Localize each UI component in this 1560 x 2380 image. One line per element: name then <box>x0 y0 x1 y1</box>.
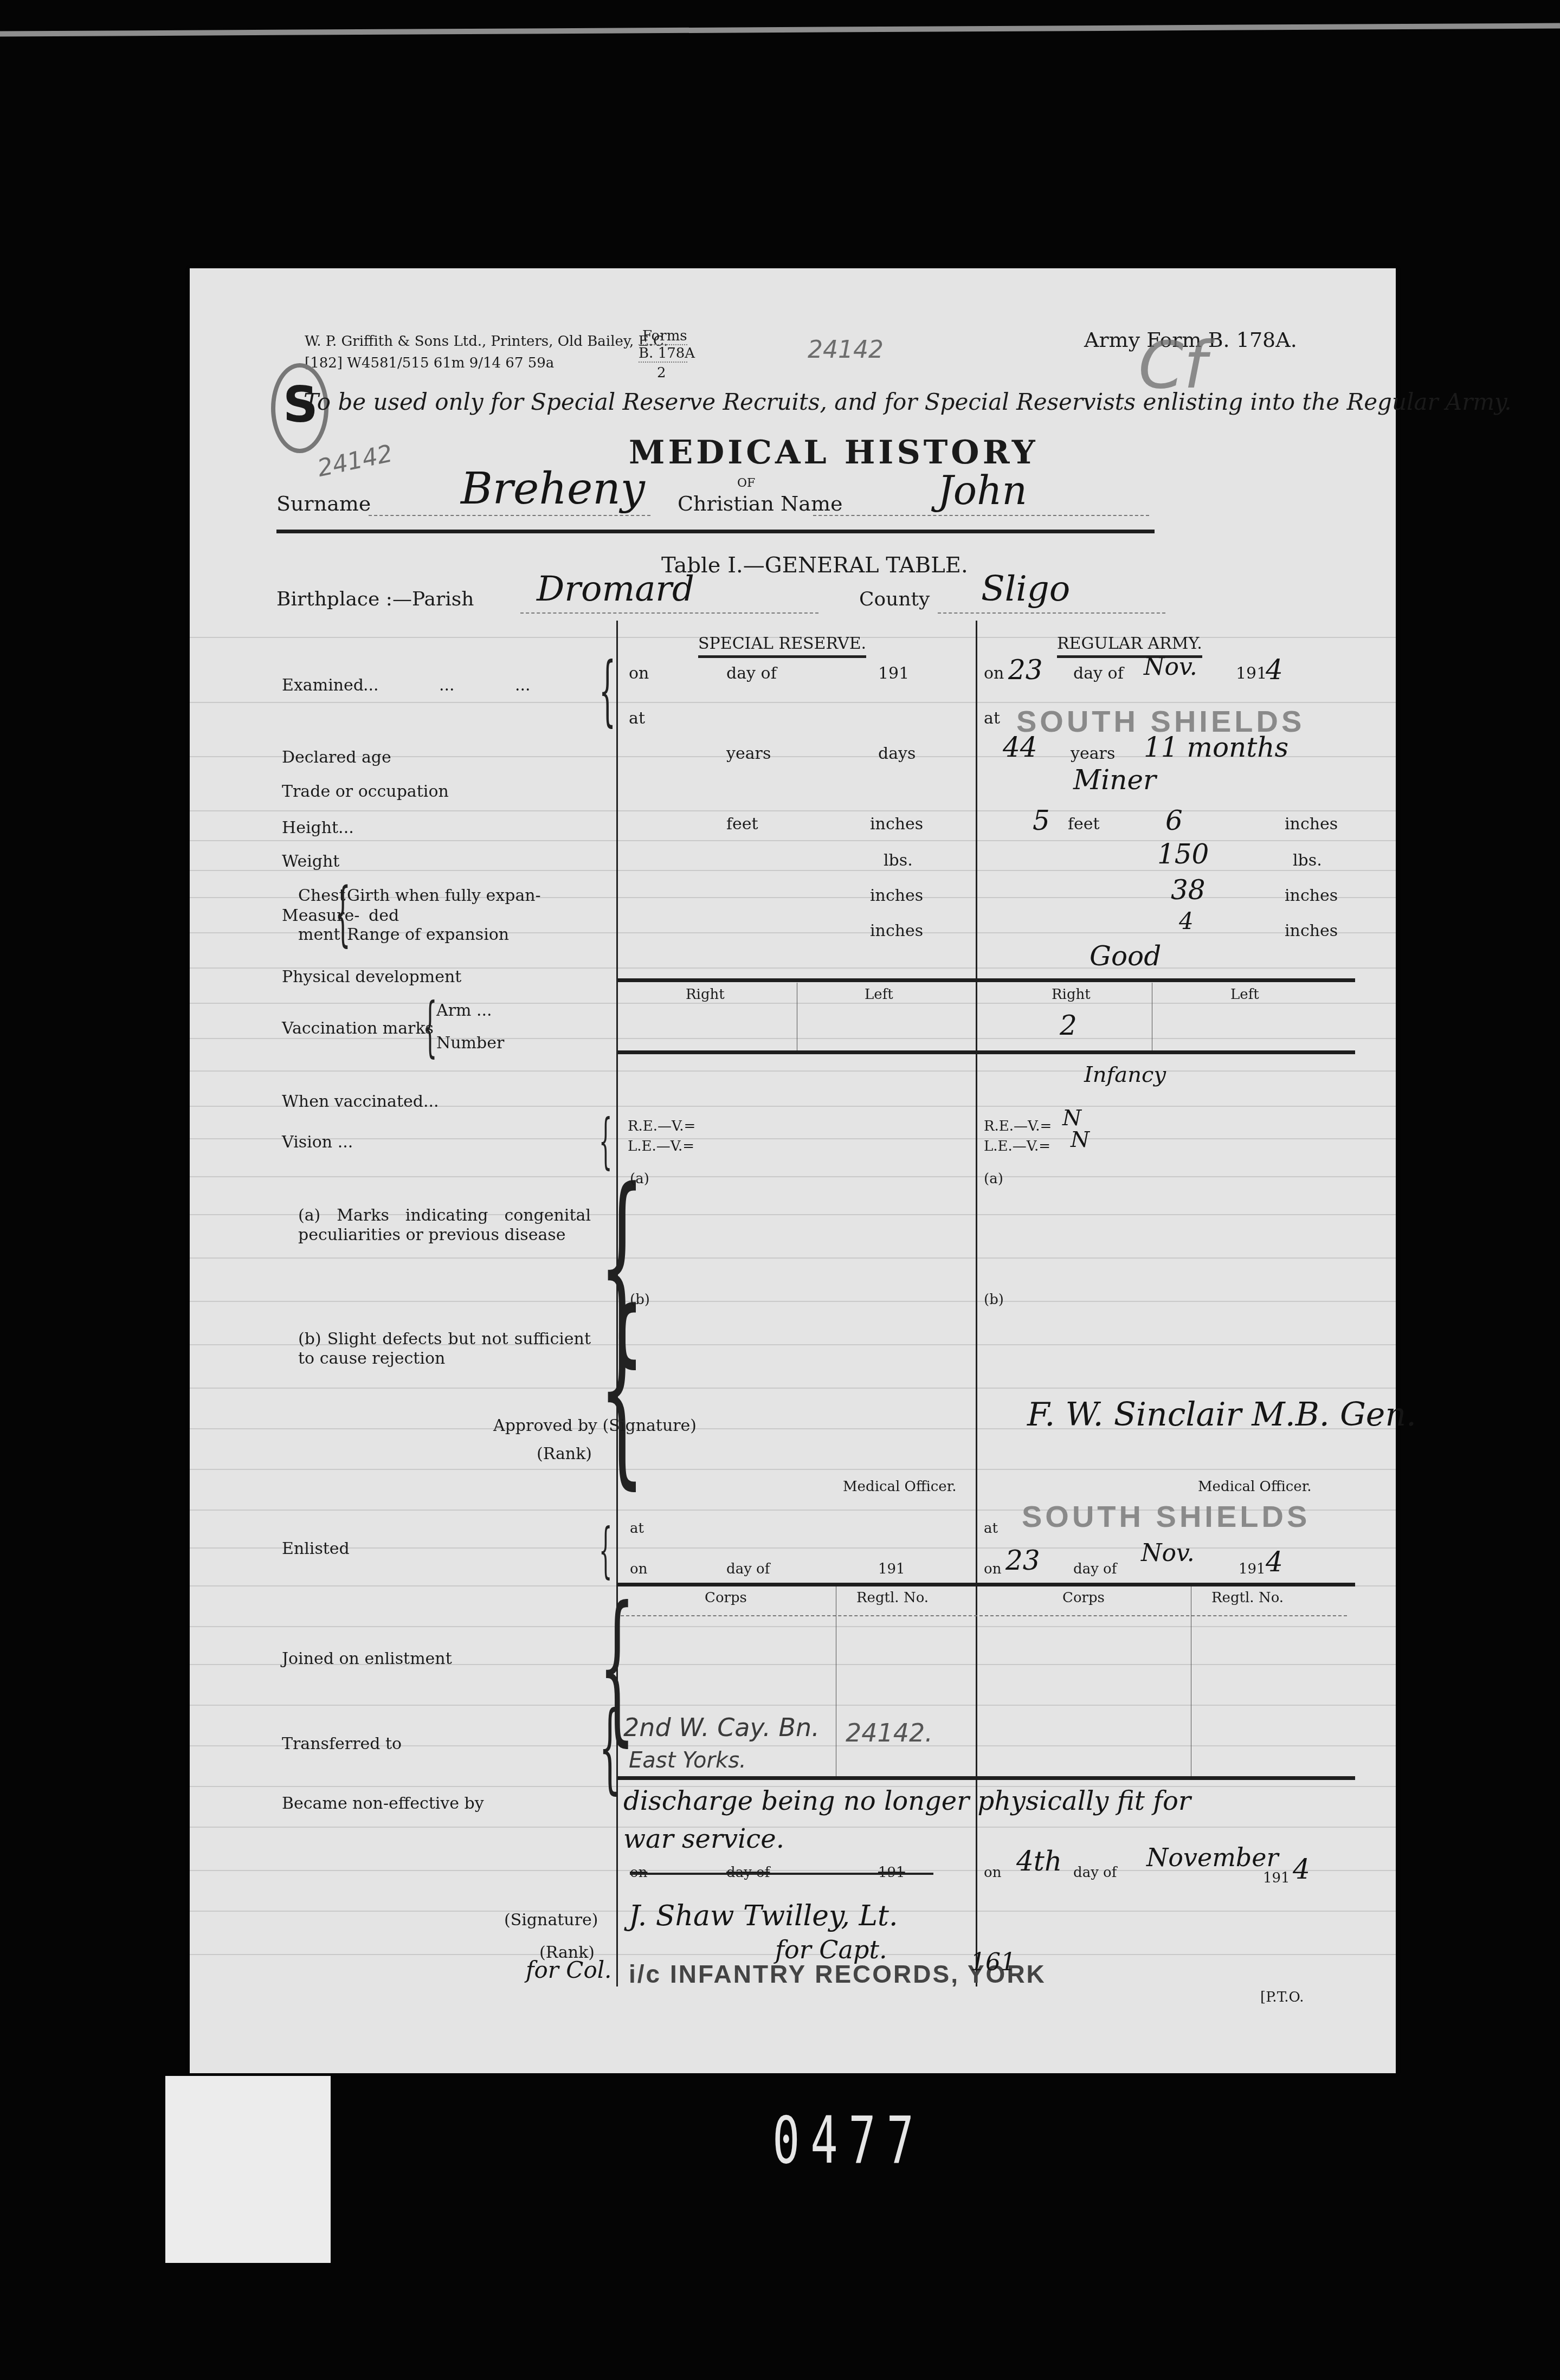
ra-chest-range-unit: inches <box>1285 921 1338 940</box>
chest-girth-label-2: ded <box>369 906 399 925</box>
ra-medical-officer-label: Medical Officer. <box>1198 1479 1312 1495</box>
sr-marks-a: (a) <box>630 1171 649 1187</box>
leader-dots: ... <box>363 676 379 695</box>
sr-regtl-no-header: Regtl. No. <box>856 1590 929 1606</box>
sr-age-days: days <box>878 744 916 763</box>
row-label-weight: Weight <box>282 852 339 871</box>
sr-examined-on: on <box>629 664 649 683</box>
row-label-enlisted: Enlisted <box>282 1539 350 1558</box>
sr-height-feet: feet <box>726 815 758 834</box>
sr-chest-range-unit: inches <box>870 921 923 940</box>
instruction-line: To be used only for Special Reserve Recr… <box>304 389 1512 415</box>
row-label-declared-age: Declared age <box>282 748 391 767</box>
row-label-when-vaccinated: When vaccinated... <box>282 1092 439 1111</box>
row-label-examined: Examined <box>282 676 364 695</box>
ra-vacc-left: Left <box>1230 986 1259 1003</box>
film-edge <box>0 23 1560 36</box>
of-label: OF <box>737 476 755 490</box>
row-label-marks-b: (b) Slight defects but not sufficient to… <box>298 1330 591 1369</box>
christian-name-label: Christian Name <box>678 492 842 515</box>
frame-counter: 0477 <box>772 2103 925 2178</box>
strike-line <box>630 1873 933 1875</box>
ra-corps-header: Corps <box>1062 1590 1105 1606</box>
brace-icon: { <box>599 1520 613 1580</box>
sr-enlisted-year: 191 <box>878 1561 905 1577</box>
approved-rank-label: (Rank) <box>537 1444 592 1463</box>
brace-icon: { <box>599 1699 621 1797</box>
sr-transferred-corps-value-2: East Yorks. <box>629 1748 746 1773</box>
ra-age-months-value: 11 months <box>1144 732 1288 763</box>
ra-vacc-right: Right <box>1052 986 1091 1003</box>
approved-signature-label: Approved by (Signature) <box>493 1416 697 1435</box>
forms-sub: 2 <box>657 365 666 381</box>
ra-vacc-right-number: 2 <box>1060 1010 1077 1041</box>
ra-examined-day: 23 <box>1008 654 1043 686</box>
ra-examined-at: at <box>984 709 1000 728</box>
ra-weight-lbs: lbs. <box>1293 851 1322 870</box>
ra-age-years: years <box>1071 744 1115 763</box>
ra-examined-on: on <box>984 664 1004 683</box>
stamp-suffix-note: 161 <box>970 1949 1016 1976</box>
ra-chest-range-value: 4 <box>1179 908 1194 934</box>
ra-enlisted-at: at <box>984 1520 998 1537</box>
non-effective-reason-line-1: discharge being no longer physically fit… <box>623 1786 1191 1816</box>
county-label: County <box>859 588 930 610</box>
ra-height-inches: inches <box>1285 815 1338 834</box>
ra-vision-le-value: N <box>1071 1127 1090 1152</box>
sr-weight-lbs: lbs. <box>884 851 913 870</box>
table-title: Table I.—GENERAL TABLE. <box>661 553 968 578</box>
sr-examined-year: 191 <box>878 664 909 683</box>
ra-examined-month: Nov. <box>1144 653 1197 681</box>
birthplace-parish-value: Dromard <box>537 569 694 609</box>
column-header-special-reserve: SPECIAL RESERVE. <box>698 634 866 658</box>
ra-vision-le: L.E.—V.= <box>984 1138 1050 1154</box>
brace-icon: { <box>599 653 616 729</box>
row-label-vision: Vision ... <box>282 1133 353 1152</box>
sr-marks-b: (b) <box>630 1292 650 1308</box>
sr-medical-officer-label: Medical Officer. <box>843 1479 957 1495</box>
forms-number: B. 178A <box>639 344 687 363</box>
form-page: W. P. Griffith & Sons Ltd., Printers, Ol… <box>190 268 1396 2073</box>
sr-vacc-right: Right <box>686 986 725 1003</box>
ra-height-feet: feet <box>1068 815 1100 834</box>
chest-range-label: Range of expansion <box>347 925 509 944</box>
ra-age-years-value: 44 <box>1003 732 1037 763</box>
ra-enlisted-day-of: day of <box>1073 1561 1117 1577</box>
ra-non-effective-month: November <box>1146 1843 1278 1872</box>
ra-non-effective-day: 4th <box>1016 1846 1062 1877</box>
row-label-marks-a: (a) Marks indicating congenital peculiar… <box>298 1206 591 1245</box>
ra-enlisted-day: 23 <box>1005 1545 1040 1576</box>
ra-examined-day-of: day of <box>1073 664 1124 683</box>
ra-examined-year: 191 <box>1236 664 1267 683</box>
ra-non-effective-on: on <box>984 1865 1001 1881</box>
ra-enlisted-place-stamp: SOUTH SHIELDS <box>1022 1499 1310 1534</box>
vacc-arm-label: Arm ... <box>436 1001 492 1020</box>
ra-when-vaccinated-value: Infancy <box>1084 1062 1166 1087</box>
row-label-height: Height... <box>282 818 354 837</box>
brace-icon: { <box>423 995 437 1060</box>
birthplace-parish-label: Birthplace :—Parish <box>276 588 474 610</box>
ra-vision-re: R.E.—V.= <box>984 1118 1052 1134</box>
sr-vision-re: R.E.—V.= <box>628 1118 695 1134</box>
row-label-trade: Trade or occupation <box>282 782 449 801</box>
sr-transferred-regtl-value: 24142. <box>846 1718 933 1747</box>
leader-dots: ... <box>439 676 455 695</box>
forms-label: Forms <box>642 328 680 344</box>
sr-enlisted-at: at <box>630 1520 644 1537</box>
christian-name-value: John <box>938 468 1027 513</box>
ra-marks-b: (b) <box>984 1292 1004 1308</box>
signature-value: J. Shaw Twilley, Lt. <box>629 1900 898 1932</box>
row-label-transferred: Transferred to <box>282 1734 402 1753</box>
ra-non-effective-year-suffix: 4 <box>1293 1854 1310 1885</box>
ra-enlisted-on: on <box>984 1561 1001 1577</box>
signature-label: (Signature) <box>504 1911 598 1930</box>
vacc-number-label: Number <box>436 1034 504 1053</box>
sr-enlisted-day-of: day of <box>726 1561 770 1577</box>
leader-dots: ... <box>515 676 531 695</box>
ra-physical-development-value: Good <box>1090 940 1161 972</box>
sr-corps-header: Corps <box>705 1590 747 1606</box>
surname-label: Surname <box>276 492 371 515</box>
printer-line-1: W. P. Griffith & Sons Ltd., Printers, Ol… <box>305 333 668 350</box>
sr-examined-at: at <box>629 709 645 728</box>
sr-examined-day-of: day of <box>726 664 777 683</box>
chest-girth-label: Girth when fully expan- <box>347 886 541 905</box>
county-value: Sligo <box>981 569 1070 609</box>
row-label-vaccination: Vaccination marks <box>282 1019 434 1038</box>
row-label-joined: Joined on enlistment <box>282 1649 452 1668</box>
ra-approved-signature: F. W. Sinclair M.B. Gen. <box>1027 1396 1416 1434</box>
ra-chest-girth-value: 38 <box>1171 874 1206 906</box>
pto-note: [P.T.O. <box>1260 1989 1304 2005</box>
row-label-physical-development: Physical development <box>282 968 461 986</box>
ra-regtl-no-header: Regtl. No. <box>1211 1590 1284 1606</box>
ra-height-feet-value: 5 <box>1033 805 1050 836</box>
ra-weight-value: 150 <box>1157 839 1209 870</box>
printer-line-2: [182] W4581/515 61m 9/14 67 59a <box>305 355 554 371</box>
surname-value: Breheny <box>461 463 645 514</box>
brace-icon: { <box>599 1285 645 1491</box>
ra-chest-girth-unit: inches <box>1285 886 1338 905</box>
ra-non-effective-year: 191 <box>1263 1870 1290 1886</box>
ra-enlisted-year: 191 <box>1239 1561 1266 1577</box>
sr-vacc-left: Left <box>865 986 893 1003</box>
ra-marks-a: (a) <box>984 1171 1003 1187</box>
ra-enlisted-year-suffix: 4 <box>1266 1546 1283 1578</box>
pencil-number-top: 24142 <box>808 336 884 364</box>
ra-non-effective-day-of: day of <box>1073 1865 1117 1881</box>
ra-trade-value: Miner <box>1073 764 1156 796</box>
non-effective-reason-line-2: war service. <box>623 1824 784 1854</box>
film-slip <box>165 2076 331 2263</box>
sr-height-inches: inches <box>870 815 923 834</box>
page-title: MEDICAL HISTORY <box>629 434 1038 472</box>
ra-examined-year-suffix: 4 <box>1266 654 1283 686</box>
row-label-non-effective: Became non-effective by <box>282 1794 484 1813</box>
rank-prefix-note: for Col. <box>526 1957 611 1983</box>
row-label-chest-3: ment <box>298 925 340 944</box>
pencil-number-left: 24142 <box>315 440 395 482</box>
sr-chest-girth-unit: inches <box>870 886 923 905</box>
ra-enlisted-month: Nov. <box>1141 1539 1195 1567</box>
sr-age-years: years <box>726 744 771 763</box>
ra-height-inches-value: 6 <box>1165 805 1183 836</box>
sr-transferred-corps-value: 2nd W. Cay. Bn. <box>623 1713 820 1742</box>
